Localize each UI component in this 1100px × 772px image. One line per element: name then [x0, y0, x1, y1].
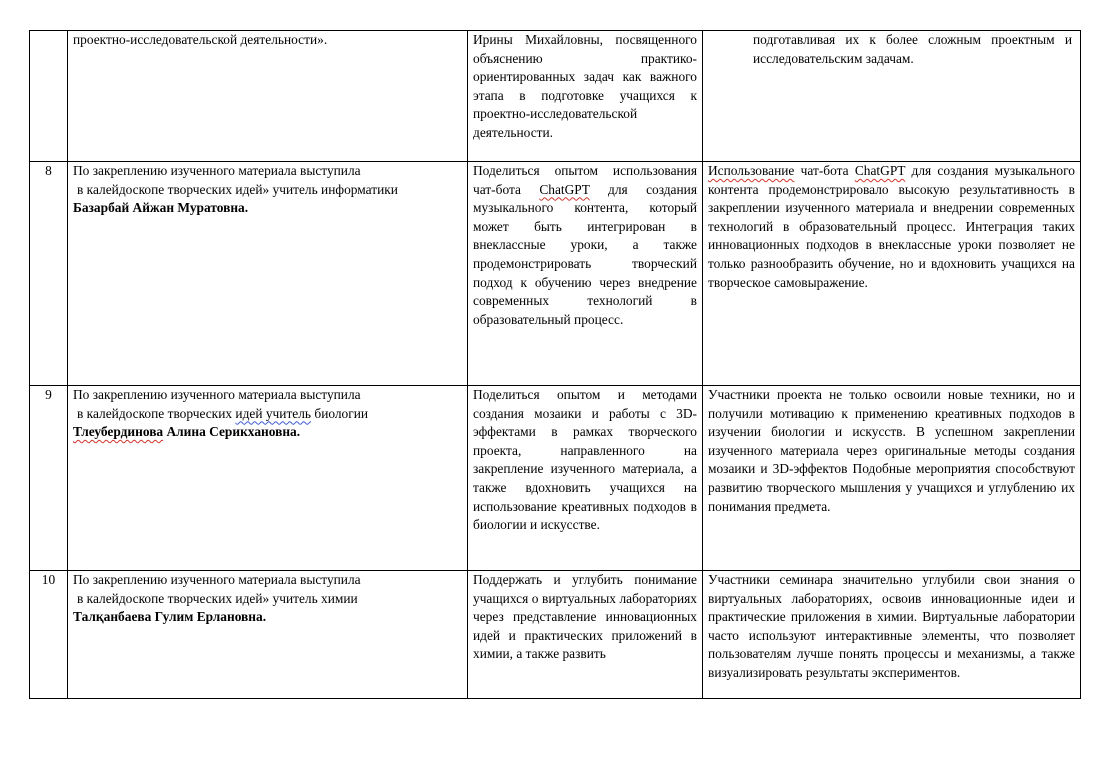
row-number-cell [30, 31, 68, 162]
event-cell: По закреплению изученного материала выст… [68, 386, 468, 571]
table-row: 10 По закреплению изученного материала в… [30, 571, 1081, 699]
grammar-flagged-phrase[interactable]: идей учитель [235, 406, 311, 421]
row-number-cell: 8 [30, 162, 68, 386]
event-text: биологии [311, 406, 368, 421]
spellcheck-flagged-word[interactable]: ChatGPT [855, 163, 905, 178]
result-cell: Участники проекта не только освоили новы… [703, 386, 1081, 571]
result-text: для создания музыкального контента проде… [708, 163, 1075, 290]
result-text: чат-бота [794, 163, 855, 178]
table-row: 9 По закреплению изученного материала вы… [30, 386, 1081, 571]
event-cell: По закреплению изученного материала выст… [68, 162, 468, 386]
goal-cell: Поделиться опытом и методами создания мо… [468, 386, 703, 571]
result-cell: Участники семинара значительно углубили … [703, 571, 1081, 699]
result-cell: Использование чат-бота ChatGPT для созда… [703, 162, 1081, 386]
document-page: проектно-исследовательской деятельности»… [0, 0, 1100, 772]
teacher-name: Тлеубердинова Алина Серикхановна. [73, 423, 462, 442]
goal-cell: Ирины Михайловны, посвященного объяснени… [468, 31, 703, 162]
goal-cell: Поделиться опытом использования чат-бота… [468, 162, 703, 386]
row-number-cell: 10 [30, 571, 68, 699]
goal-text: для создания музыкального контента, кото… [473, 182, 697, 327]
result-cell: подготавливая их к более сложным проектн… [703, 31, 1081, 162]
event-line: По закреплению изученного материала выст… [73, 162, 462, 181]
spellcheck-flagged-word[interactable]: Тлеубердинова [73, 424, 163, 439]
event-line: в калейдоскопе творческих идей» учитель … [73, 590, 462, 609]
event-line: в калейдоскопе творческих идей» учитель … [73, 181, 462, 200]
spellcheck-flagged-word[interactable]: Использование [708, 163, 794, 178]
teacher-name: Талқанбаева Гулим Ерлановна. [73, 608, 462, 627]
event-line: проектно-исследовательской деятельности»… [73, 31, 462, 50]
result-text: Участники семинара значительно углубили … [708, 571, 1075, 698]
teacher-name: Базарбай Айжан Муратовна. [73, 199, 462, 218]
table-row: 8 По закреплению изученного материала вы… [30, 162, 1081, 386]
event-line: в калейдоскопе творческих идей учитель б… [73, 405, 462, 424]
event-text: в калейдоскопе творческих [77, 406, 235, 421]
event-cell: По закреплению изученного материала выст… [68, 571, 468, 699]
spellcheck-flagged-word[interactable]: ChatGPT [539, 182, 589, 197]
table-row: проектно-исследовательской деятельности»… [30, 31, 1081, 162]
teacher-name-rest: Алина Серикхановна. [163, 424, 300, 439]
report-table: проектно-исследовательской деятельности»… [29, 30, 1081, 699]
event-line: По закреплению изученного материала выст… [73, 386, 462, 405]
row-number-cell: 9 [30, 386, 68, 571]
event-line: По закреплению изученного материала выст… [73, 571, 462, 590]
event-cell: проектно-исследовательской деятельности»… [68, 31, 468, 162]
goal-text: Поддержать и углубить понимание учащихся… [473, 571, 697, 698]
goal-cell: Поддержать и углубить понимание учащихся… [468, 571, 703, 699]
